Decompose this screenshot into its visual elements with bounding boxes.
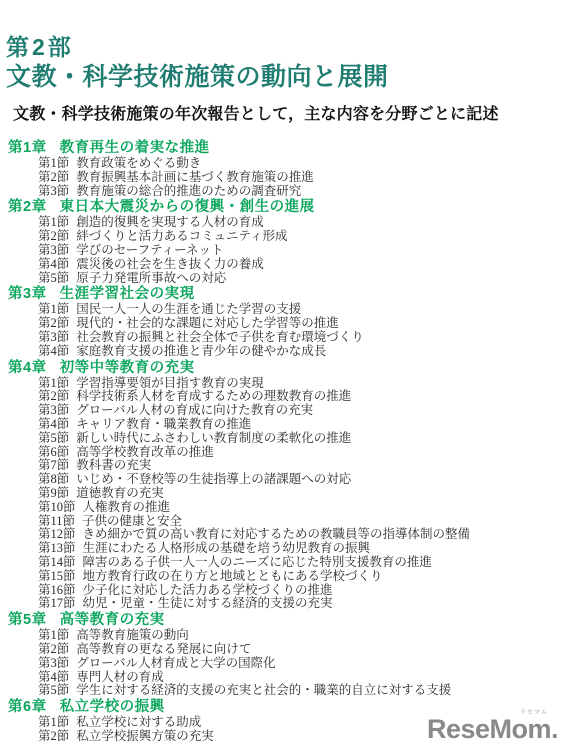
section-title: 学びのセーフティーネット [76, 243, 223, 257]
section-label: 第2節 [38, 642, 69, 656]
section-label: 第1節 [38, 628, 69, 642]
section-label: 第3節 [38, 243, 69, 257]
section-item: 第8節いじめ・不登校等の生徒指導上の諸課題への対応 [38, 473, 566, 487]
section-title: 高等教育施策の動向 [76, 628, 189, 642]
chapter-2: 第2章東日本大震災からの復興・創生の進展第1節創造的復興を実現する人材の育成第2… [0, 199, 566, 285]
section-title: 教科書の充実 [76, 458, 151, 472]
part-subtitle: 文教・科学技術施策の年次報告として，主な内容を分野ごとに記述 [13, 105, 566, 124]
chapter-heading: 第1章教育再生の着実な推進 [8, 140, 566, 157]
section-title: 道徳教育の充実 [76, 486, 164, 500]
section-title: きめ細かで質の高い教育に対応するための教職員等の指導体制の整備 [83, 527, 471, 541]
section-title: 創造的復興を実現する人材の育成 [76, 215, 264, 229]
section-label: 第2節 [38, 170, 69, 184]
section-label: 第2節 [38, 389, 69, 403]
section-label: 第9節 [38, 486, 69, 500]
chapter-label: 第2章 [8, 199, 47, 215]
chapter-label: 第5章 [8, 612, 47, 628]
section-item: 第3節学びのセーフティーネット [38, 244, 566, 258]
section-label: 第3節 [38, 656, 69, 670]
section-title: 絆づくりと活力あるコミュニティ形成 [76, 229, 287, 243]
section-item: 第2節高等教育の更なる発展に向けて [38, 643, 566, 657]
section-label: 第17節 [38, 596, 76, 610]
section-label: 第15節 [38, 569, 76, 583]
section-label: 第1節 [38, 715, 69, 729]
section-label: 第8節 [38, 472, 69, 486]
section-title: キャリア教育・職業教育の推進 [76, 417, 251, 431]
logo-wordmark: ReseMom. [427, 716, 558, 742]
section-label: 第11節 [38, 514, 75, 528]
section-title: 原子力発電所事故への対応 [76, 271, 226, 285]
section-label: 第12節 [38, 527, 76, 541]
section-title: 学生に対する経済的支援の充実と社会的・職業的自立に対する支援 [76, 683, 451, 697]
section-title: 科学技術系人材を育成するための理数教育の推進 [76, 389, 351, 403]
section-title: 私立学校に対する助成 [76, 715, 201, 729]
section-item: 第3節教育施策の総合的推進のための調査研究 [38, 185, 566, 199]
chapter-heading: 第2章東日本大震災からの復興・創生の進展 [8, 199, 566, 216]
chapter-5: 第5章高等教育の充実第1節高等教育施策の動向第2節高等教育の更なる発展に向けて第… [0, 612, 566, 698]
section-title: 子供の健康と安全 [82, 514, 182, 528]
section-label: 第5節 [38, 431, 69, 445]
section-item: 第4節震災後の社会を生き抜く力の養成 [38, 258, 566, 272]
section-label: 第14節 [38, 555, 76, 569]
section-item: 第5節学生に対する経済的支援の充実と社会的・職業的自立に対する支援 [38, 684, 566, 698]
chapter-title: 高等教育の充実 [60, 612, 165, 628]
section-item: 第1節教育政策をめぐる動き [38, 157, 566, 171]
section-label: 第3節 [38, 330, 69, 344]
section-label: 第7節 [38, 458, 69, 472]
section-item: 第2節現代的・社会的な課題に対応した学習等の推進 [38, 317, 566, 331]
section-title: 教育政策をめぐる動き [76, 156, 201, 170]
section-label: 第1節 [38, 215, 69, 229]
chapter-label: 第6章 [8, 699, 47, 715]
section-item: 第10節人権教育の推進 [38, 501, 566, 515]
section-title: 現代的・社会的な課題に対応した学習等の推進 [76, 316, 339, 330]
section-item: 第4節家庭教育支援の推進と青少年の健やかな成長 [38, 345, 566, 359]
section-item: 第3節グローバル人材の育成に向けた教育の充実 [38, 404, 566, 418]
section-item: 第3節社会教育の振興と社会全体で子供を育む環境づくり [38, 331, 566, 345]
section-title: グローバル人材育成と大学の国際化 [76, 656, 275, 670]
part-title: 文教・科学技術施策の動向と展開 [6, 62, 566, 92]
section-label: 第4節 [38, 417, 69, 431]
section-item: 第2節教育振興基本計画に基づく教育施策の推進 [38, 171, 566, 185]
chapter-label: 第4章 [8, 360, 47, 376]
chapter-label: 第1章 [8, 140, 47, 156]
part-label: 第2部 [6, 34, 566, 61]
section-label: 第4節 [38, 344, 69, 358]
section-title: 教育施策の総合的推進のための調査研究 [76, 184, 301, 198]
section-title: グローバル人材の育成に向けた教育の充実 [76, 403, 313, 417]
section-label: 第4節 [38, 670, 69, 684]
chapter-title: 私立学校の振興 [60, 699, 165, 715]
section-label: 第1節 [38, 376, 69, 390]
section-label: 第10節 [38, 500, 76, 514]
chapter-heading: 第5章高等教育の充実 [8, 612, 566, 629]
chapter-4: 第4章初等中等教育の充実第1節学習指導要領が目指す教育の実現第2節科学技術系人材… [0, 360, 566, 612]
section-label: 第2節 [38, 729, 69, 743]
section-item: 第5節新しい時代にふさわしい教育制度の柔軟化の推進 [38, 432, 566, 446]
section-title: 高等教育の更なる発展に向けて [76, 642, 251, 656]
chapter-title: 教育再生の着実な推進 [60, 140, 210, 156]
section-title: 専門人材の育成 [76, 670, 164, 684]
resemom-logo: リセマム ReseMom. [427, 710, 558, 742]
section-label: 第1節 [38, 302, 69, 316]
section-item: 第3節グローバル人材育成と大学の国際化 [38, 657, 566, 671]
section-label: 第5節 [38, 271, 69, 285]
chapter-title: 初等中等教育の充実 [60, 360, 195, 376]
section-item: 第14節障害のある子供一人一人のニーズに応じた特別支援教育の推進 [38, 556, 566, 570]
section-item: 第1節高等教育施策の動向 [38, 629, 566, 643]
chapter-heading: 第3章生涯学習社会の実現 [8, 286, 566, 303]
section-title: 少子化に対応した活力ある学校づくりの推進 [83, 583, 333, 597]
section-title: 幼児・児童・生徒に対する経済的支援の充実 [83, 596, 333, 610]
section-title: 国民一人一人の生涯を通じた学習の支援 [76, 302, 301, 316]
section-label: 第3節 [38, 403, 69, 417]
section-label: 第2節 [38, 316, 69, 330]
section-item: 第15節地方教育行政の在り方と地域とともにある学校づくり [38, 570, 566, 584]
section-title: 震災後の社会を生き抜く力の養成 [76, 257, 264, 271]
section-label: 第1節 [38, 156, 69, 170]
section-title: 高等学校教育改革の推進 [76, 445, 214, 459]
chapter-3: 第3章生涯学習社会の実現第1節国民一人一人の生涯を通じた学習の支援第2節現代的・… [0, 286, 566, 358]
part-title-block: 第2部 文教・科学技術施策の動向と展開 [0, 0, 566, 92]
section-title: 家庭教育支援の推進と青少年の健やかな成長 [76, 344, 326, 358]
section-title: 私立学校振興方策の充実 [76, 729, 214, 743]
section-title: 地方教育行政の在り方と地域とともにある学校づくり [83, 569, 383, 583]
section-title: 生涯にわたる人格形成の基礎を培う幼児教育の振興 [83, 541, 371, 555]
section-label: 第16節 [38, 583, 76, 597]
section-item: 第5節原子力発電所事故への対応 [38, 272, 566, 286]
section-label: 第6節 [38, 445, 69, 459]
section-label: 第13節 [38, 541, 76, 555]
section-title: 人権教育の推進 [83, 500, 171, 514]
section-title: 学習指導要領が目指す教育の実現 [76, 376, 264, 390]
toc-page: 第2部 文教・科学技術施策の動向と展開 文教・科学技術施策の年次報告として，主な… [0, 0, 566, 748]
chapter-label: 第3章 [8, 286, 47, 302]
section-title: 社会教育の振興と社会全体で子供を育む環境づくり [76, 330, 364, 344]
section-item: 第9節道徳教育の充実 [38, 487, 566, 501]
section-label: 第4節 [38, 257, 69, 271]
section-title: 障害のある子供一人一人のニーズに応じた特別支援教育の推進 [83, 555, 432, 569]
section-label: 第5節 [38, 683, 69, 697]
chapter-title: 東日本大震災からの復興・創生の進展 [60, 199, 315, 215]
chapter-list: 第1章教育再生の着実な推進第1節教育政策をめぐる動き第2節教育振興基本計画に基づ… [0, 140, 566, 744]
chapter-title: 生涯学習社会の実現 [60, 286, 195, 302]
section-item: 第17節幼児・児童・生徒に対する経済的支援の充実 [38, 597, 566, 611]
section-title: いじめ・不登校等の生徒指導上の諸課題への対応 [76, 472, 351, 486]
section-item: 第4節キャリア教育・職業教育の推進 [38, 418, 566, 432]
section-title: 新しい時代にふさわしい教育制度の柔軟化の推進 [76, 431, 351, 445]
chapter-heading: 第4章初等中等教育の充実 [8, 360, 566, 377]
section-title: 教育振興基本計画に基づく教育施策の推進 [76, 170, 314, 184]
section-item: 第13節生涯にわたる人格形成の基礎を培う幼児教育の振興 [38, 542, 566, 556]
section-item: 第2節絆づくりと活力あるコミュニティ形成 [38, 230, 566, 244]
section-label: 第2節 [38, 229, 69, 243]
chapter-1: 第1章教育再生の着実な推進第1節教育政策をめぐる動き第2節教育振興基本計画に基づ… [0, 140, 566, 198]
section-label: 第3節 [38, 184, 69, 198]
part-header: 第2部 文教・科学技術施策の動向と展開 文教・科学技術施策の年次報告として，主な… [0, 0, 566, 124]
